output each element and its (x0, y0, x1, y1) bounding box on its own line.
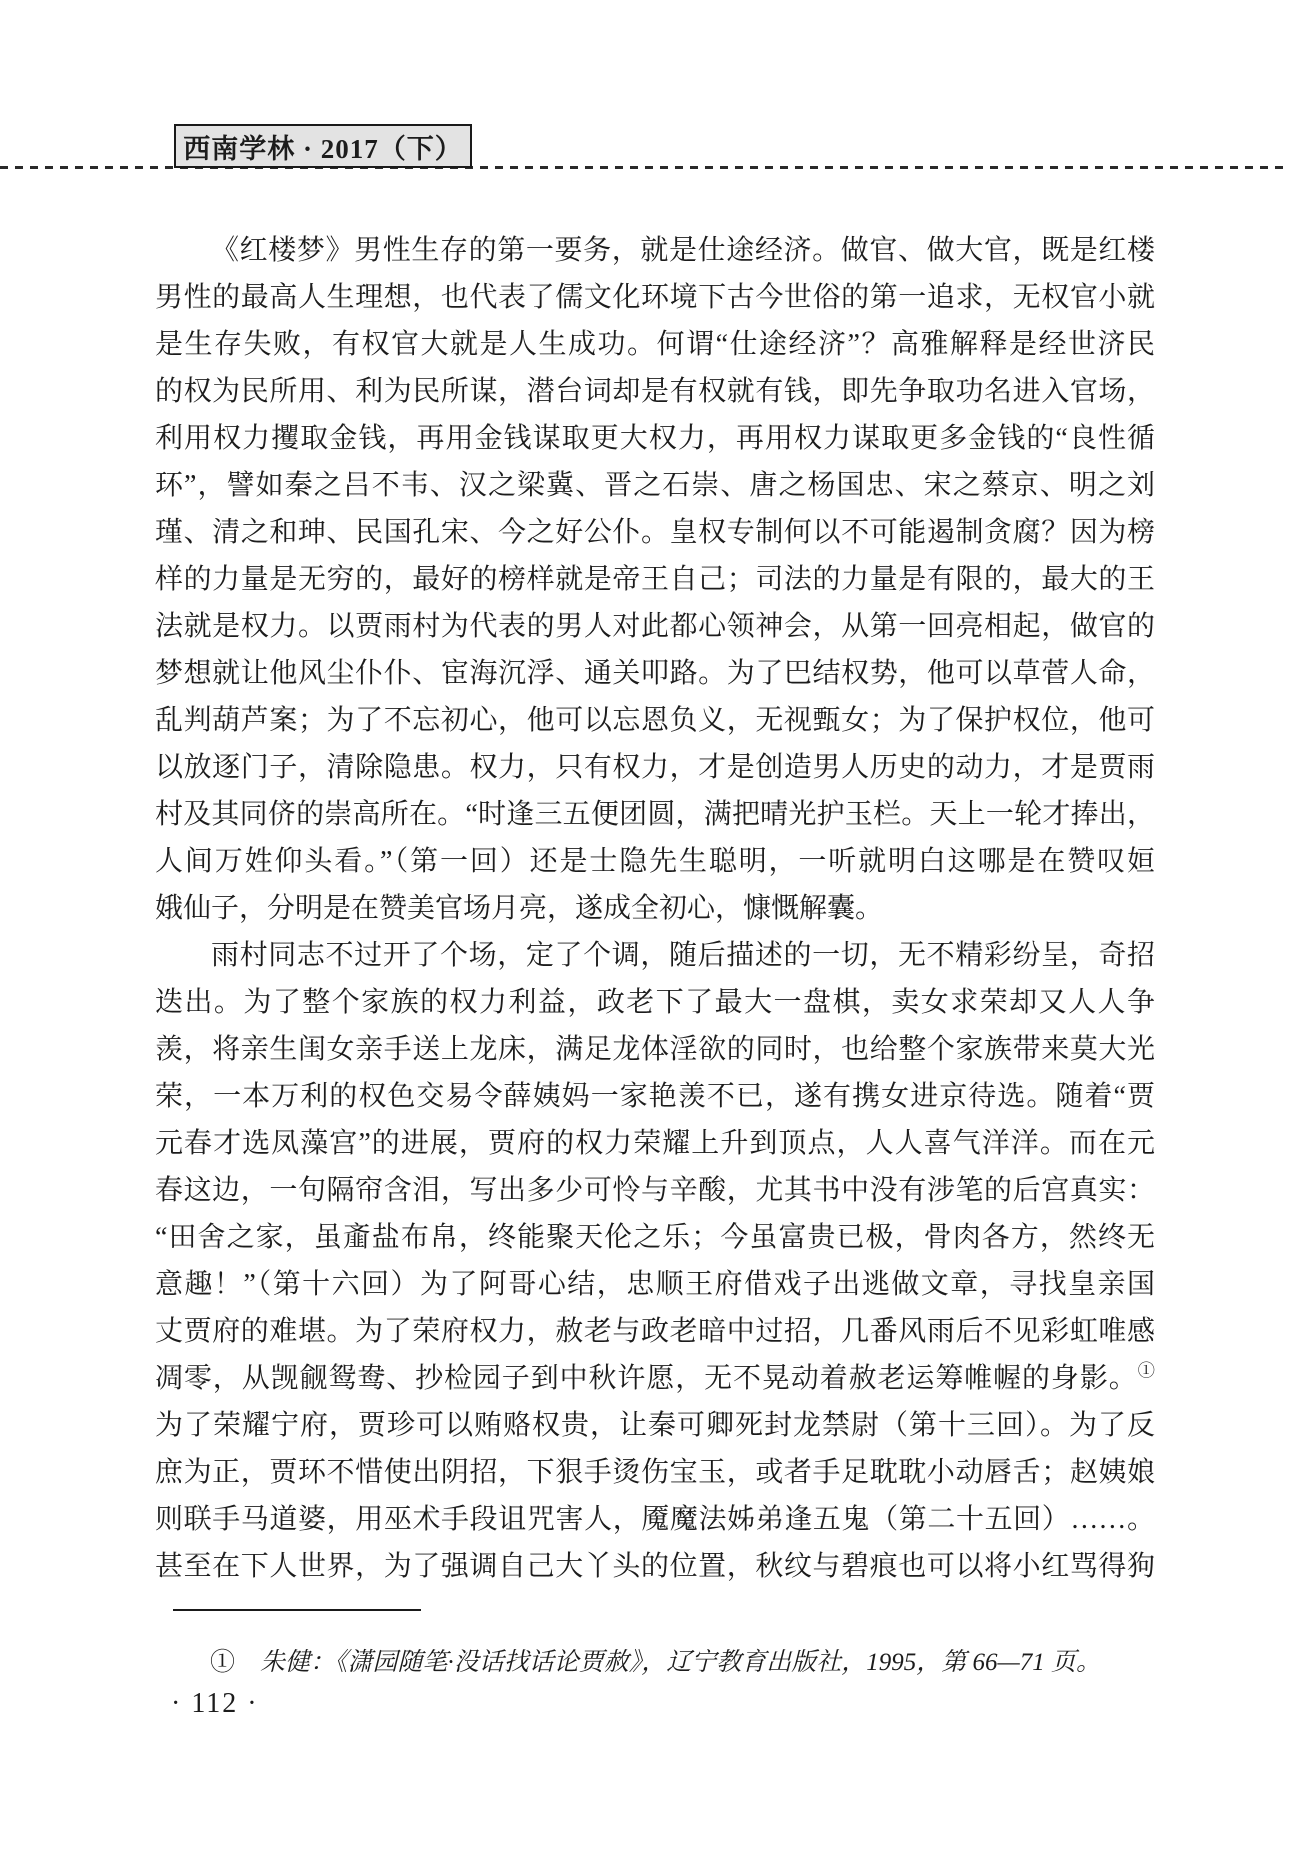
page-number: · 112 · (171, 1688, 259, 1720)
footnote: ①朱健：《潇园随笔·没话找话论贾赦》，辽宁教育出版社，1995，第 66—71 … (155, 1644, 1165, 1682)
text-line: 雨村同志不过开了个场，定了个调，随后描述的一切，无不精彩纷呈，奇招 (155, 932, 1155, 979)
journal-header-box: 西南学林 · 2017（下） (174, 124, 472, 168)
text-line: “田舍之家，虽齑盐布帛，终能聚天伦之乐；今虽富贵已极，骨肉各方，然终无 (155, 1214, 1155, 1261)
text-line: 村及其同侪的崇高所在。“时逢三五便团圆，满把晴光护玉栏。天上一轮才捧出， (155, 791, 1155, 838)
text-line: 的权为民所用、利为民所谋，潜台词却是有权就有钱，即先争取功名进入官场， (155, 368, 1155, 415)
text-line: 春这边，一句隔帘含泪，写出多少可怜与辛酸，尤其书中没有涉笔的后宫真实： (155, 1167, 1155, 1214)
text-line: 丈贾府的难堪。为了荣府权力，赦老与政老暗中过招，几番风雨后不见彩虹唯感 (155, 1308, 1155, 1355)
text-line: 元春才选凤藻宫”的进展，贾府的权力荣耀上升到顶点，人人喜气洋洋。而在元 (155, 1120, 1155, 1167)
text-line: 法就是权力。以贾雨村为代表的男人对此都心领神会，从第一回亮相起，做官的 (155, 603, 1155, 650)
text-line: 人间万姓仰头看。”（第一回）还是士隐先生聪明，一听就明白这哪是在赞叹姮 (155, 838, 1155, 885)
text-line: 乱判葫芦案；为了不忘初心，他可以忘恩负义，无视甄女；为了保护权位，他可 (155, 697, 1155, 744)
text-line: 荣，一本万利的权色交易令薛姨妈一家艳羡不已，遂有携女进京待选。随着“贾 (155, 1073, 1155, 1120)
text-line: 男性的最高人生理想，也代表了儒文化环境下古今世俗的第一追求，无权官小就 (155, 274, 1155, 321)
text-line: 凋零，从觊觎鸳鸯、抄检园子到中秋许愿，无不晃动着赦老运筹帷幄的身影。① (155, 1355, 1155, 1402)
text-line: 羡，将亲生闺女亲手送上龙床，满足龙体淫欲的同时，也给整个家族带来莫大光 (155, 1026, 1155, 1073)
text-line: 庶为正，贾环不惜使出阴招，下狠手烫伤宝玉，或者手足耽耽小动唇舌；赵姨娘 (155, 1449, 1155, 1496)
document-page: 西南学林 · 2017（下） 《红楼梦》男性生存的第一要务，就是仕途经济。做官、… (0, 0, 1307, 1859)
text-line: 以放逐门子，清除隐患。权力，只有权力，才是创造男人历史的动力，才是贾雨 (155, 744, 1155, 791)
text-line: 则联手马道婆，用巫术手段诅咒害人，魇魔法姊弟逢五鬼（第二十五回）……。 (155, 1496, 1155, 1543)
footnote-marker: ① (155, 1649, 260, 1676)
text-line: 意趣！”（第十六回）为了阿哥心结，忠顺王府借戏子出逃做文章，寻找皇亲国 (155, 1261, 1155, 1308)
text-line: 迭出。为了整个家族的权力利益，政老下了最大一盘棋，卖女求荣却又人人争 (155, 979, 1155, 1026)
text-line: 为了荣耀宁府，贾珍可以贿赂权贵，让秦可卿死封龙禁尉（第十三回）。为了反 (155, 1402, 1155, 1449)
footnote-rule (173, 1609, 421, 1611)
footnote-text: 朱健：《潇园随笔·没话找话论贾赦》，辽宁教育出版社，1995，第 66—71 页… (260, 1649, 1101, 1676)
text-line: 瑾、清之和珅、民国孔宋、今之好公仆。皇权专制何以不可能遏制贪腐？因为榜 (155, 509, 1155, 556)
text-line: 是生存失败，有权官大就是人生成功。何谓“仕途经济”？高雅解释是经世济民 (155, 321, 1155, 368)
text-line: 甚至在下人世界，为了强调自己大丫头的位置，秋纹与碧痕也可以将小红骂得狗 (155, 1543, 1155, 1590)
text-line: 环”，譬如秦之吕不韦、汉之梁冀、晋之石崇、唐之杨国忠、宋之蔡京、明之刘 (155, 462, 1155, 509)
footnote-ref: ① (1138, 1362, 1155, 1381)
text-line: 梦想就让他风尘仆仆、宦海沉浮、通关叩路。为了巴结权势，他可以草菅人命， (155, 650, 1155, 697)
body-text: 《红楼梦》男性生存的第一要务，就是仕途经济。做官、做大官，既是红楼男性的最高人生… (155, 227, 1155, 1590)
journal-title: 西南学林 · 2017（下） (183, 127, 463, 166)
text-line: 样的力量是无穷的，最好的榜样就是帝王自己；司法的力量是有限的，最大的王 (155, 556, 1155, 603)
text-line: 娥仙子，分明是在赞美官场月亮，遂成全初心，慷慨解囊。 (155, 885, 1155, 932)
text-line: 《红楼梦》男性生存的第一要务，就是仕途经济。做官、做大官，既是红楼 (155, 227, 1155, 274)
text-line: 利用权力攫取金钱，再用金钱谋取更大权力，再用权力谋取更多金钱的“良性循 (155, 415, 1155, 462)
